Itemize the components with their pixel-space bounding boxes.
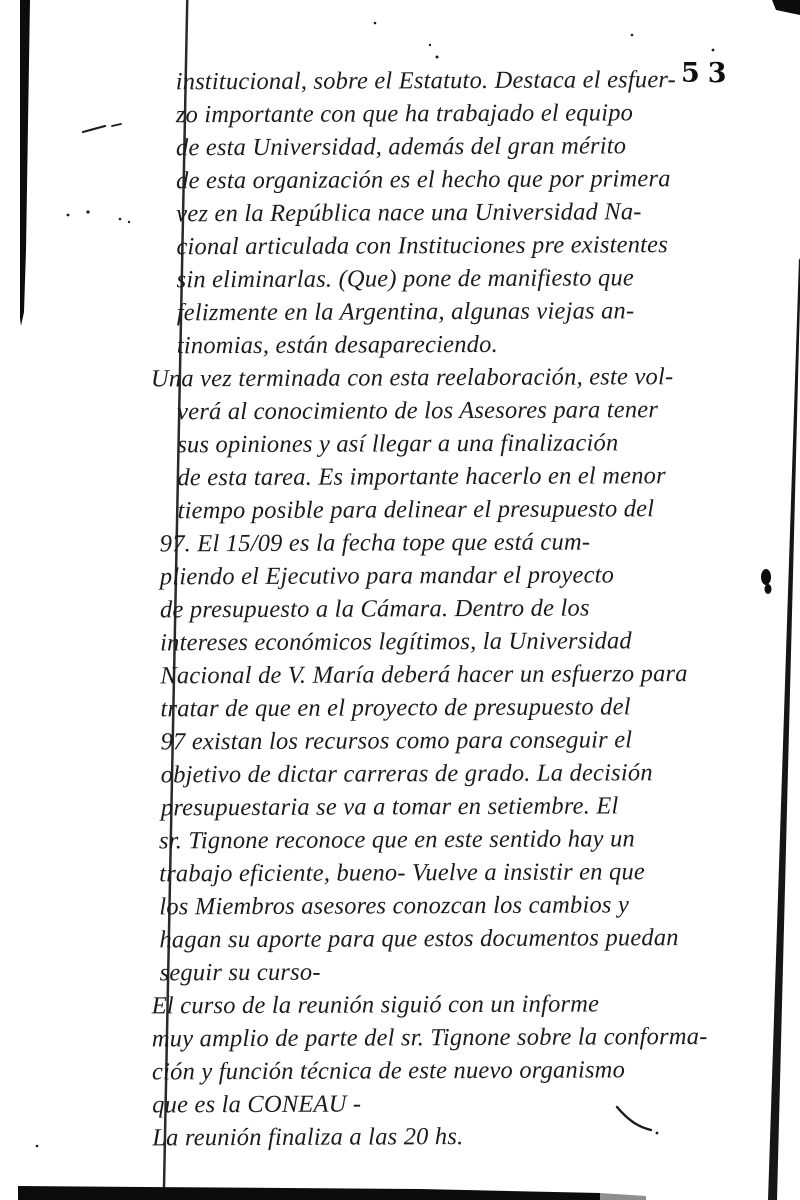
handwritten-line: 97 existan los recursos como para conseg… (151, 723, 800, 759)
handwritten-line: La reunión finaliza a las 20 hs. (152, 1119, 800, 1155)
speck-artifact (436, 56, 439, 59)
speck-artifact (67, 214, 70, 217)
handwritten-line: presupuestaria se va a tomar en setiembr… (151, 789, 800, 825)
handwritten-line: de presupuesto a la Cámara. Dentro de lo… (150, 591, 800, 627)
margin-dash-artifact (83, 126, 105, 132)
handwritten-line: muy amplio de parte del sr. Tignone sobr… (152, 1020, 800, 1056)
handwritten-line: hagan su aporte para que estos documento… (151, 921, 800, 957)
handwritten-line: sin eliminarlas. (Que) pone de manifiest… (148, 261, 798, 297)
handwritten-line: zo importante con que ha trabajado el eq… (148, 96, 798, 132)
handwritten-line: trabajo eficiente, bueno- Vuelve a insis… (151, 855, 800, 891)
handwritten-line: los Miembros asesores conozcan los cambi… (151, 888, 800, 924)
handwritten-line: sr. Tignone reconoce que en este sentido… (151, 822, 800, 858)
speck-artifact (86, 210, 89, 213)
handwritten-line: Nacional de V. María deberá hacer un esf… (150, 657, 800, 693)
scanned-document-page: 53 institucional, sobre el Estatuto. Des… (0, 0, 800, 1200)
speck-artifact (712, 49, 715, 52)
handwritten-line: intereses económicos legítimos, la Unive… (150, 624, 800, 660)
speck-artifact (36, 1145, 39, 1148)
speck-artifact (631, 34, 634, 37)
handwritten-line: tinomias, están desapareciendo. (149, 327, 799, 363)
handwritten-line: Una vez terminada con esta reelaboración… (149, 360, 799, 396)
speck-artifact (128, 221, 130, 223)
top-right-corner-artifact (772, 0, 800, 15)
speck-artifact (429, 44, 431, 46)
handwritten-line: felizmente en la Argentina, algunas viej… (149, 294, 799, 330)
handwritten-line: cional articulada con Instituciones pre … (148, 228, 798, 264)
handwritten-line: que es la CONEAU - (152, 1086, 800, 1122)
handwritten-line: El curso de la reunión siguió con un inf… (152, 987, 800, 1023)
handwritten-line: vez en la República nace una Universidad… (148, 195, 798, 231)
handwritten-line: tiempo posible para delinear el presupue… (149, 492, 799, 528)
bottom-scan-bar-fade (600, 1193, 646, 1200)
handwritten-line: de esta organización es el hecho que por… (148, 162, 798, 198)
margin-dash-artifact (112, 124, 121, 126)
bottom-scan-bar-artifact (18, 1186, 604, 1200)
handwritten-line: de esta Universidad, además del gran mér… (148, 129, 798, 165)
handwritten-line: objetivo de dictar carreras de grado. La… (151, 756, 800, 792)
handwritten-line: tratar de que en el proyecto de presupue… (150, 690, 800, 726)
handwritten-line: pliendo el Ejecutivo para mandar el proy… (150, 558, 800, 594)
speck-artifact (374, 22, 377, 25)
handwriting-block: institucional, sobre el Estatuto. Destac… (148, 63, 800, 1155)
left-binding-bar-artifact (20, 0, 30, 326)
handwritten-line: verá al conocimiento de los Asesores par… (149, 393, 799, 429)
handwritten-line: sus opiniones y así llegar a una finaliz… (149, 426, 799, 462)
speck-artifact (119, 218, 122, 221)
handwritten-line: de esta tarea. Es importante hacerlo en … (149, 459, 799, 495)
page-number: 53 (681, 58, 735, 89)
handwritten-line: ción y función técnica de este nuevo org… (152, 1053, 800, 1089)
handwritten-line: seguir su curso- (152, 954, 800, 990)
handwritten-line: 97. El 15/09 es la fecha tope que está c… (150, 525, 800, 561)
